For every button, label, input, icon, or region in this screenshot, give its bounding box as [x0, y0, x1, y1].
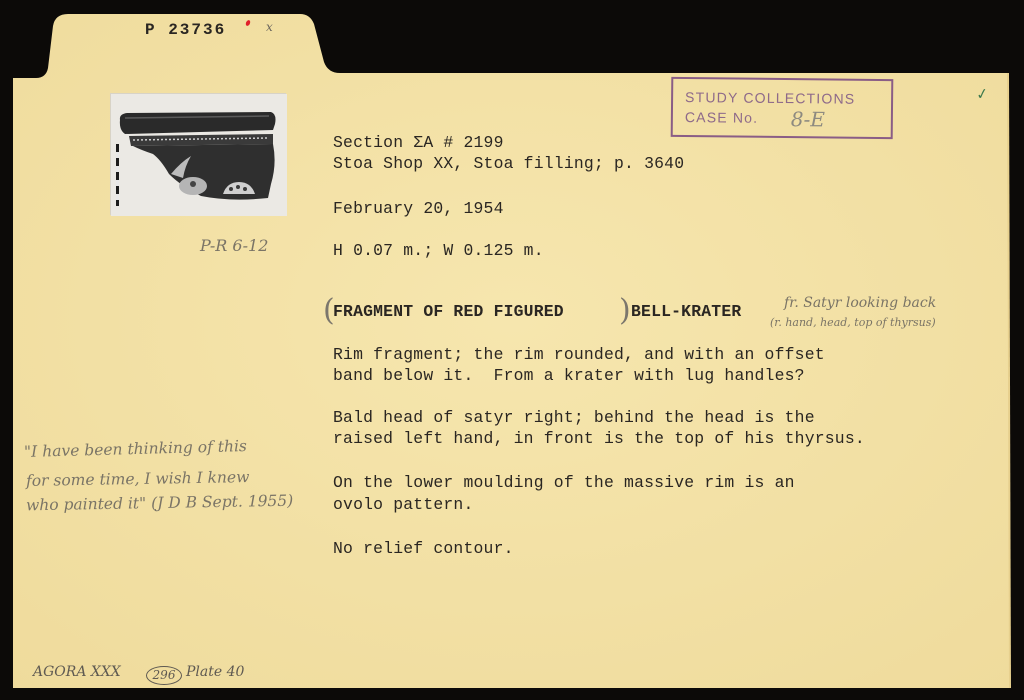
date-line: February 20, 1954 [333, 198, 504, 220]
section-line: Section ΣA # 2199 [333, 132, 504, 154]
krater-fragment-image [111, 94, 287, 216]
title-note-line2: (r. hand, head, top of thyrsus) [770, 316, 936, 329]
accession-number: P 23736 [145, 19, 226, 41]
para3-line1: On the lower moulding of the massive rim… [333, 472, 795, 494]
archive-card-view: P 23736 x [0, 0, 1024, 700]
para4: No relief contour. [333, 538, 514, 560]
para2-line2: raised left hand, in front is the top of… [333, 428, 865, 450]
dimensions-line: H 0.07 m.; W 0.125 m. [333, 240, 544, 262]
para1-line1: Rim fragment; the rim rounded, and with … [333, 344, 825, 366]
title-bracketed: FRAGMENT OF RED FIGURED [333, 301, 564, 323]
close-paren: ) [619, 296, 631, 326]
para2-line1: Bald head of satyr right; behind the hea… [333, 407, 815, 429]
fragment-photo [110, 93, 286, 215]
pr-reference-note: P-R 6-12 [200, 236, 268, 255]
footer-circled-number: 296 [146, 666, 182, 685]
title-main: BELL-KRATER [631, 301, 741, 323]
footer-plate: Plate 40 [186, 664, 244, 680]
stamp-title: STUDY COLLECTIONS [685, 89, 855, 107]
location-line: Stoa Shop XX, Stoa filling; p. 3640 [333, 153, 684, 175]
study-collections-stamp: STUDY COLLECTIONS CASE No. 8-E [671, 77, 894, 139]
para1-line2: band below it. From a krater with lug ha… [333, 365, 805, 387]
tab-x-mark: x [266, 20, 273, 34]
stamp-case-number: 8-E [791, 107, 825, 131]
title-note-line1: fr. Satyr looking back [784, 295, 936, 311]
stamp-case-label: CASE No. [685, 109, 759, 126]
footer-publication: AGORA XXX [33, 664, 121, 680]
para3-line2: ovolo pattern. [333, 494, 474, 516]
